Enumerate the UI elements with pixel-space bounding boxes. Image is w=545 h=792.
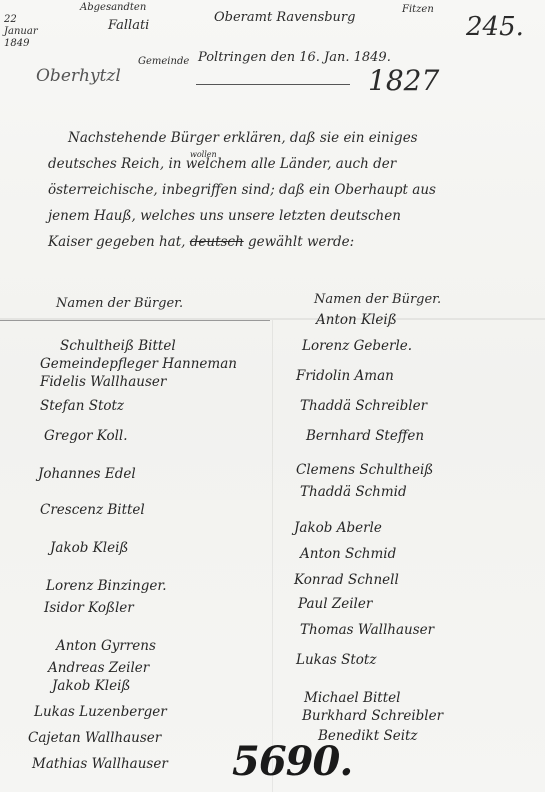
declaration-body: Nachstehende Bürger erklären, daß sie ei…: [48, 125, 518, 255]
signature: Andreas Zeiler: [48, 660, 149, 676]
signature: Fridolin Aman: [296, 368, 394, 384]
signature: Thaddä Schreibler: [300, 398, 427, 414]
signature: Isidor Koßler: [44, 600, 134, 616]
gemeinde-label: Gemeinde: [138, 56, 189, 67]
place-date: Poltringen den 16. Jan. 1849.: [198, 50, 391, 65]
signature: Jakob Kleiß: [50, 540, 128, 556]
signature: Lorenz Binzinger.: [46, 578, 167, 594]
signature: Gregor Koll.: [44, 428, 128, 444]
signature: Crescenz Bittel: [40, 502, 145, 518]
signature: Johannes Edel: [38, 466, 136, 482]
signature: Mathias Wallhauser: [32, 756, 168, 772]
header-underline: [196, 84, 350, 85]
recipient-note: Fitzen: [402, 4, 434, 15]
fold-line-vertical: [272, 320, 273, 792]
body-line-4: jenem Hauß, welches uns unsere letzten d…: [48, 203, 518, 229]
signature: Schultheiß Bittel: [60, 338, 176, 354]
signature: Anton Schmid: [300, 546, 396, 562]
district-header: Oberamt Ravensburg: [214, 10, 355, 25]
marginal-note-sender: Fallati: [108, 18, 149, 33]
signature: Lukas Stotz: [296, 652, 376, 668]
signature: Anton Gyrrens: [56, 638, 156, 654]
signature: Michael Bittel: [304, 690, 400, 706]
signature: Paul Zeiler: [298, 596, 372, 612]
body-line-1: Nachstehende Bürger erklären, daß sie ei…: [48, 125, 518, 151]
interlinear-insertion: wollen: [190, 150, 217, 159]
signature: Gemeindepfleger Hanneman: [40, 356, 237, 372]
column-1-heading-rule: [0, 320, 270, 321]
body-ending: gewählt werde:: [248, 234, 354, 250]
marginal-note-date: 22 Januar 1849: [4, 14, 44, 50]
struck-word: deutsch: [190, 234, 244, 250]
signature: Thomas Wallhauser: [300, 622, 434, 638]
document-page: Abgesandten 22 Januar 1849 Fallati Oberh…: [0, 0, 545, 792]
body-line-3: österreichische, inbegriffen sind; daß e…: [48, 177, 518, 203]
signature: Lorenz Geberle.: [302, 338, 412, 354]
column-2-heading: Namen der Bürger.: [314, 292, 441, 307]
signature: Konrad Schnell: [294, 572, 399, 588]
body-line-5: Kaiser gegeben hat, deutsch gewählt werd…: [48, 229, 518, 255]
signature: Jakob Aberle: [294, 520, 382, 536]
marginal-signature: Oberhytzl: [36, 66, 121, 86]
reference-number: 1827: [368, 64, 439, 97]
signature: Jakob Kleiß: [52, 678, 130, 694]
signature: Burkhard Schreibler: [302, 708, 443, 724]
body-line-2: deutsches Reich, in welchem alle Länder,…: [48, 151, 518, 177]
signature: Fidelis Wallhauser: [40, 374, 166, 390]
marginal-note-line1: Abgesandten: [80, 2, 146, 13]
folio-number: 245.: [466, 12, 524, 42]
signature: Bernhard Steffen: [306, 428, 424, 444]
signature: Anton Kleiß: [316, 312, 397, 328]
signature: Stefan Stotz: [40, 398, 124, 414]
column-1-heading: Namen der Bürger.: [56, 296, 183, 311]
signature: Cajetan Wallhauser: [28, 730, 161, 746]
signature: Clemens Schultheiß: [296, 462, 433, 478]
signature: Lukas Luzenberger: [34, 704, 167, 720]
archive-number: 5690.: [232, 738, 352, 785]
signature: Thaddä Schmid: [300, 484, 407, 500]
